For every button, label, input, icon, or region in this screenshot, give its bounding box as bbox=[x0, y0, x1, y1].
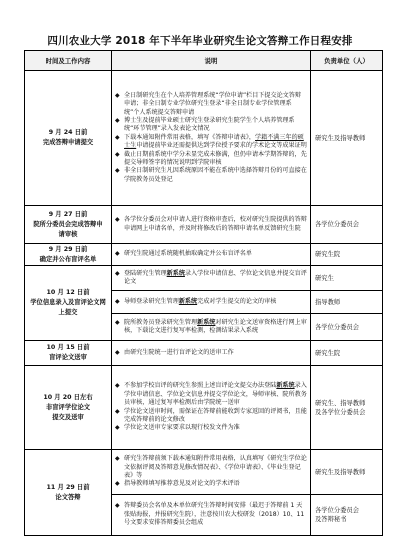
responsible-cell: 研究生及指导教师 bbox=[311, 71, 383, 206]
document-title: 四川农业大学 2018 年下半年毕业研究生论文答辩工作日程安排 bbox=[0, 33, 400, 48]
table-row: 10 月 20 日左右 非盲评学位论文 提交及送审 ◆不参加学校盲评的研究生参照… bbox=[25, 366, 383, 450]
task-text: 完成答辩申请提交 bbox=[25, 138, 111, 148]
description-cell: ◆答辩委员会名单及本单位研究生答辩时间安排（最迟于答辩前 1 天张贴海报，并报研… bbox=[112, 495, 311, 536]
diamond-bullet-icon: ◆ bbox=[115, 382, 124, 390]
description-cell: ◆登陆研究生管理新系统录入学位申请信息、学位论文信息并提交盲评论文 bbox=[112, 266, 311, 291]
list-item: ◆学位论文送审专家要求以现行校发文件为准 bbox=[115, 424, 307, 432]
diamond-bullet-icon: ◆ bbox=[115, 298, 124, 306]
time-cell: 10 月 20 日左右 非盲评学位论文 提交及送审 bbox=[25, 366, 112, 450]
diamond-bullet-icon: ◆ bbox=[115, 151, 124, 159]
time-cell: 10 月 12 日前 学位信息录入及盲评论文网上提交 bbox=[25, 266, 112, 341]
table-row: 9 月 29 日前 确定并公布盲评名单 ◆研究生院通过系统随机抽取确定并公布盲评… bbox=[25, 244, 383, 266]
description-cell: ◆不参加学校盲评的研究生参照上述盲评论文提交办法登陆新系统录入学位申请信息、学位… bbox=[112, 366, 311, 450]
diamond-bullet-icon: ◆ bbox=[115, 250, 124, 258]
description-cell: ◆由研究生院统一进行盲评论文的送审工作 bbox=[112, 341, 311, 366]
description-cell: ◆各学位分委员会对申请人进行资格审查后，校对研究生院提供的答辩申请网上申请名单，… bbox=[112, 206, 311, 244]
list-item: ◆登陆研究生管理新系统录入学位申请信息、学位论文信息并提交盲评论文 bbox=[115, 270, 307, 287]
table-header-row: 时间及工作内容 说明 负责单位（人） bbox=[25, 51, 383, 71]
diamond-bullet-icon: ◆ bbox=[115, 319, 124, 327]
diamond-bullet-icon: ◆ bbox=[115, 134, 124, 142]
list-item: ◆学位论文送审时间，需保证在答辩前能收到专家返回的评阅书，且能完成答辩前的论文修… bbox=[115, 408, 307, 425]
responsible-cell: 研究生院 bbox=[311, 341, 383, 366]
list-item: ◆研究生答辩前须下载本通知附件常用表格，认真填写《研究生学位论文依据评阅及答辩意… bbox=[115, 455, 307, 480]
diamond-bullet-icon: ◆ bbox=[115, 167, 124, 175]
new-system-emphasis: 新系统 bbox=[167, 270, 185, 277]
list-item: ◆由研究生院统一进行盲评论文的送审工作 bbox=[115, 349, 307, 357]
header-responsible: 负责单位（人） bbox=[311, 51, 383, 71]
diamond-bullet-icon: ◆ bbox=[115, 455, 124, 463]
table-row: 9 月 27 日前 院所分委员会完成答辩申请审核 ◆各学位分委员会对申请人进行资… bbox=[25, 206, 383, 244]
new-system-emphasis: 新系统 bbox=[197, 319, 215, 326]
list-item: ◆院所教务员登录研究生管理新系统对研究生论文送审资格进行网上审核，下载论文进行复… bbox=[115, 319, 307, 336]
list-item: ◆各学位分委员会对申请人进行资格审查后，校对研究生院提供的答辩申请网上申请名单，… bbox=[115, 216, 307, 233]
time-cell: 9 月 27 日前 院所分委员会完成答辩申请审核 bbox=[25, 206, 112, 244]
responsible-cell: 研究生、指导教师 及各学位分委员会 bbox=[311, 366, 383, 450]
list-item: ◆不参加学校盲评的研究生参照上述盲评论文提交办法登陆新系统录入学位申请信息、学位… bbox=[115, 382, 307, 407]
schedule-table: 时间及工作内容 说明 负责单位（人） 9 月 24 日前 完成答辩申请提交 ◆全… bbox=[24, 50, 383, 536]
header-time: 时间及工作内容 bbox=[25, 51, 112, 71]
header-description: 说明 bbox=[112, 51, 311, 71]
time-cell: 9 月 29 日前 确定并公布盲评名单 bbox=[25, 244, 112, 266]
list-item: ◆下载本通知附件常用表格，填写《答辩申请表》，学籍不满三年的硕士生申请提前毕业还… bbox=[115, 134, 307, 151]
list-item: ◆研究生院通过系统随机抽取确定并公布盲评名单 bbox=[115, 250, 307, 258]
list-item: ◆截止日期前系统中学分未显完成未修满，但仍申请本学期答辩的，先提交导师签字的情况… bbox=[115, 151, 307, 168]
diamond-bullet-icon: ◆ bbox=[115, 502, 124, 510]
date-text: 9 月 24 日前 bbox=[25, 128, 111, 138]
diamond-bullet-icon: ◆ bbox=[115, 270, 124, 278]
new-system-emphasis: 新系统 bbox=[179, 298, 197, 305]
description-cell: ◆研究生院通过系统随机抽取确定并公布盲评名单 bbox=[112, 244, 311, 266]
list-item: ◆答辩委员会名单及本单位研究生答辩时间安排（最迟于答辩前 1 天张贴海报，并报研… bbox=[115, 502, 307, 527]
responsible-cell: 研究生院 bbox=[311, 244, 383, 266]
description-cell: ◆院所教务员登录研究生管理新系统对研究生论文送审资格进行网上审核，下载论文进行复… bbox=[112, 314, 311, 341]
diamond-bullet-icon: ◆ bbox=[115, 408, 124, 416]
list-item: ◆非全日制研究生凡因系统原因不能在系统中选择答辩月份的可直接在学院教务员处登记 bbox=[115, 167, 307, 184]
diamond-bullet-icon: ◆ bbox=[115, 216, 124, 224]
responsible-cell: 各学位分委员会 bbox=[311, 314, 383, 341]
description-cell: ◆导师登录研究生管理新系统完成对学生提交的论文的审核 bbox=[112, 291, 311, 314]
time-cell: 11 月 29 日前 论文答辩 bbox=[25, 450, 112, 536]
list-item: ◆博士生及提前毕业硕士研究生登录研究生院学生个人培养管理系统“环节管理”录入发表… bbox=[115, 117, 307, 134]
list-item: ◆指导教师填写推荐意见及对论文的学术评语 bbox=[115, 480, 307, 488]
diamond-bullet-icon: ◆ bbox=[115, 480, 124, 488]
diamond-bullet-icon: ◆ bbox=[115, 117, 124, 125]
responsible-cell: 研究生及指导教师 bbox=[311, 450, 383, 495]
diamond-bullet-icon: ◆ bbox=[115, 92, 124, 100]
list-item: ◆全日制研究生在个人培养管理系统“学位申请”栏目下提交论文答辩申请；非全日制专业… bbox=[115, 92, 307, 117]
table-row: 9 月 24 日前 完成答辩申请提交 ◆全日制研究生在个人培养管理系统“学位申请… bbox=[25, 71, 383, 206]
table-row: 10 月 12 日前 学位信息录入及盲评论文网上提交 ◆登陆研究生管理新系统录入… bbox=[25, 266, 383, 291]
table-row: 10 月 15 日前 盲评论文送审 ◆由研究生院统一进行盲评论文的送审工作 研究… bbox=[25, 341, 383, 366]
responsible-cell: 指导教师 bbox=[311, 291, 383, 314]
responsible-cell: 各学位分委员会 及答辩秘书 bbox=[311, 495, 383, 536]
new-system-emphasis: 新系统 bbox=[276, 382, 294, 389]
table-row: 11 月 29 日前 论文答辩 ◆研究生答辩前须下载本通知附件常用表格，认真填写… bbox=[25, 450, 383, 495]
diamond-bullet-icon: ◆ bbox=[115, 349, 124, 357]
diamond-bullet-icon: ◆ bbox=[115, 424, 124, 432]
description-cell: ◆全日制研究生在个人培养管理系统“学位申请”栏目下提交论文答辩申请；非全日制专业… bbox=[112, 71, 311, 206]
description-cell: ◆研究生答辩前须下载本通知附件常用表格，认真填写《研究生学位论文依据评阅及答辩意… bbox=[112, 450, 311, 495]
list-item: ◆导师登录研究生管理新系统完成对学生提交的论文的审核 bbox=[115, 298, 307, 306]
responsible-cell: 各学位分委员会 bbox=[311, 206, 383, 244]
responsible-cell: 研究生 bbox=[311, 266, 383, 291]
time-cell: 9 月 24 日前 完成答辩申请提交 bbox=[25, 71, 112, 206]
time-cell: 10 月 15 日前 盲评论文送审 bbox=[25, 341, 112, 366]
